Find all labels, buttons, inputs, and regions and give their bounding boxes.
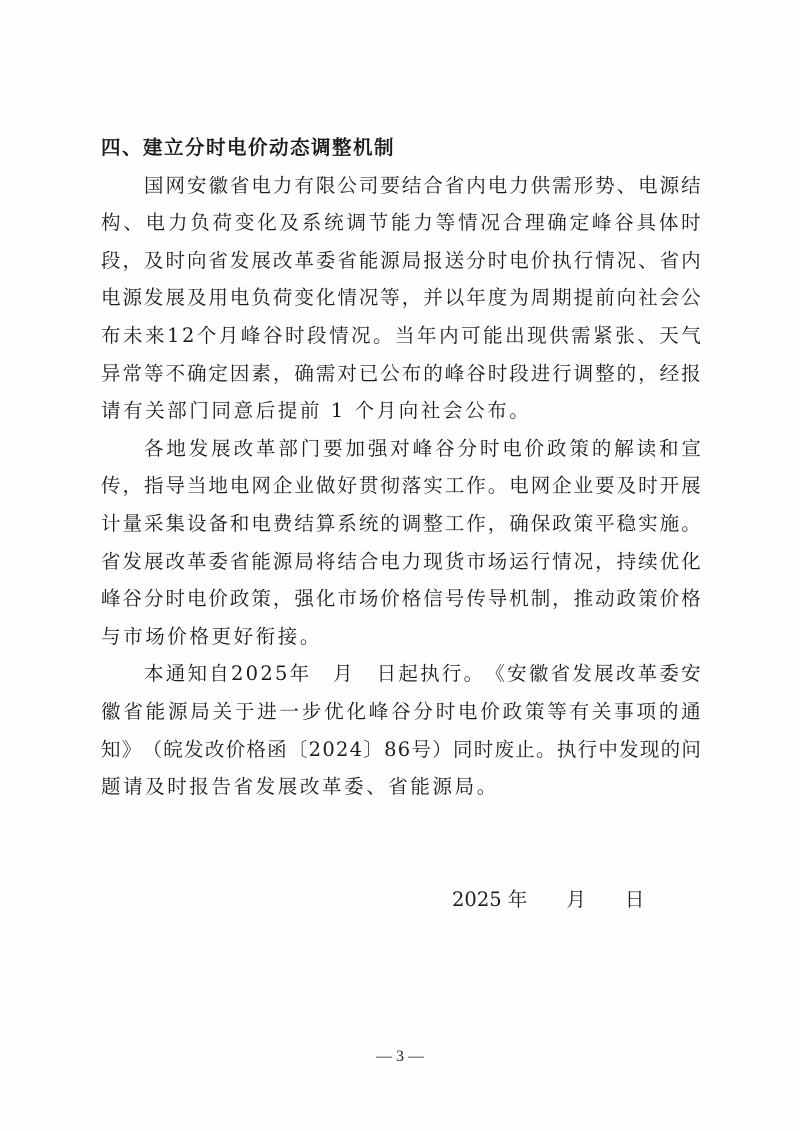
text-line: 异常等不确定因素，确需对已公布的峰谷时段进行调整的，经报 [101,355,701,393]
text-line: 段，及时向省发展改革委省能源局报送分时电价执行情况、省内 [101,242,701,280]
text-line: 知》（皖发改价格函〔2024〕86号）同时废止。执行中发现的问 [101,731,701,769]
document-page: 四、建立分时电价动态调整机制 国网安徽省电力有限公司要结合省内电力供需形势、电源… [0,0,800,1131]
text-line: 峰谷分时电价政策，强化市场价格信号传导机制，推动政策价格 [101,580,701,618]
text-line: 请有关部门同意后提前 1 个月向社会公布。 [101,392,701,430]
text-line: 各地发展改革部门要加强对峰谷分时电价政策的解读和宣 [101,430,701,468]
text-line: 传，指导当地电网企业做好贯彻落实工作。电网企业要及时开展 [101,467,701,505]
text-line: 徽省能源局关于进一步优化峰谷分时电价政策等有关事项的通 [101,693,701,731]
text-line: 与市场价格更好衔接。 [101,618,701,656]
text-line: 计量采集设备和电费结算系统的调整工作，确保政策平稳实施。 [101,505,701,543]
text-line: 电源发展及用电负荷变化情况等，并以年度为周期提前向社会公 [101,279,701,317]
paragraph-2: 各地发展改革部门要加强对峰谷分时电价政策的解读和宣 传，指导当地电网企业做好贯彻… [101,430,701,656]
text-line: 题请及时报告省发展改革委、省能源局。 [101,768,701,806]
text-line: 国网安徽省电力有限公司要结合省内电力供需形势、电源结 [101,167,701,205]
page-number: — 3 — [0,1048,800,1066]
text-line: 省发展改革委省能源局将结合电力现货市场运行情况，持续优化 [101,543,701,581]
paragraph-1: 国网安徽省电力有限公司要结合省内电力供需形势、电源结 构、电力负荷变化及系统调节… [101,167,701,430]
signature-date: 2025 年 月 日 [452,884,644,912]
text-line: 本通知自2025年 月 日起执行。《安徽省发展改革委安 [101,655,701,693]
text-line: 构、电力负荷变化及系统调节能力等情况合理确定峰谷具体时 [101,204,701,242]
section-heading: 四、建立分时电价动态调整机制 [101,129,701,167]
paragraph-3: 本通知自2025年 月 日起执行。《安徽省发展改革委安 徽省能源局关于进一步优化… [101,655,701,805]
document-body: 四、建立分时电价动态调整机制 国网安徽省电力有限公司要结合省内电力供需形势、电源… [101,129,701,806]
text-line: 布未来12个月峰谷时段情况。当年内可能出现供需紧张、天气 [101,317,701,355]
